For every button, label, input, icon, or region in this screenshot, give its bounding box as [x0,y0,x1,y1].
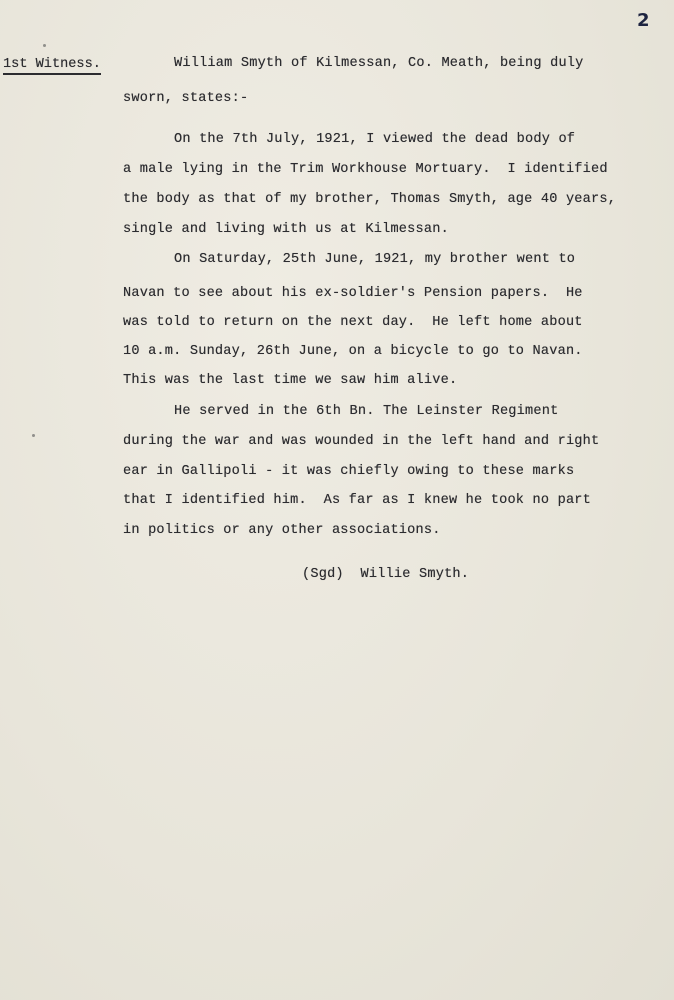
statement-line: that I identified him. As far as I knew … [123,493,591,508]
speck [43,44,46,47]
statement-line: during the war and was wounded in the le… [123,434,599,449]
statement-line: a male lying in the Trim Workhouse Mortu… [123,162,608,177]
statement-line: On Saturday, 25th June, 1921, my brother… [174,252,575,267]
signature: (Sgd) Willie Smyth. [302,567,469,582]
statement-line: This was the last time we saw him alive. [123,373,457,388]
statement-line: 10 a.m. Sunday, 26th June, on a bicycle … [123,344,583,359]
statement-line: was told to return on the next day. He l… [123,315,583,330]
page-number: 2 [637,10,650,31]
statement-line: ear in Gallipoli - it was chiefly owing … [123,464,574,479]
statement-line: the body as that of my brother, Thomas S… [123,192,616,207]
witness-label: 1st Witness. [3,57,101,75]
statement-line: Navan to see about his ex-soldier's Pens… [123,286,583,301]
statement-line: He served in the 6th Bn. The Leinster Re… [174,404,558,419]
speck [32,434,35,437]
statement-line: William Smyth of Kilmessan, Co. Meath, b… [174,56,584,71]
statement-line: single and living with us at Kilmessan. [123,222,449,237]
statement-line: in politics or any other associations. [123,523,441,538]
statement-line: sworn, states:- [123,91,248,106]
statement-line: On the 7th July, 1921, I viewed the dead… [174,132,575,147]
